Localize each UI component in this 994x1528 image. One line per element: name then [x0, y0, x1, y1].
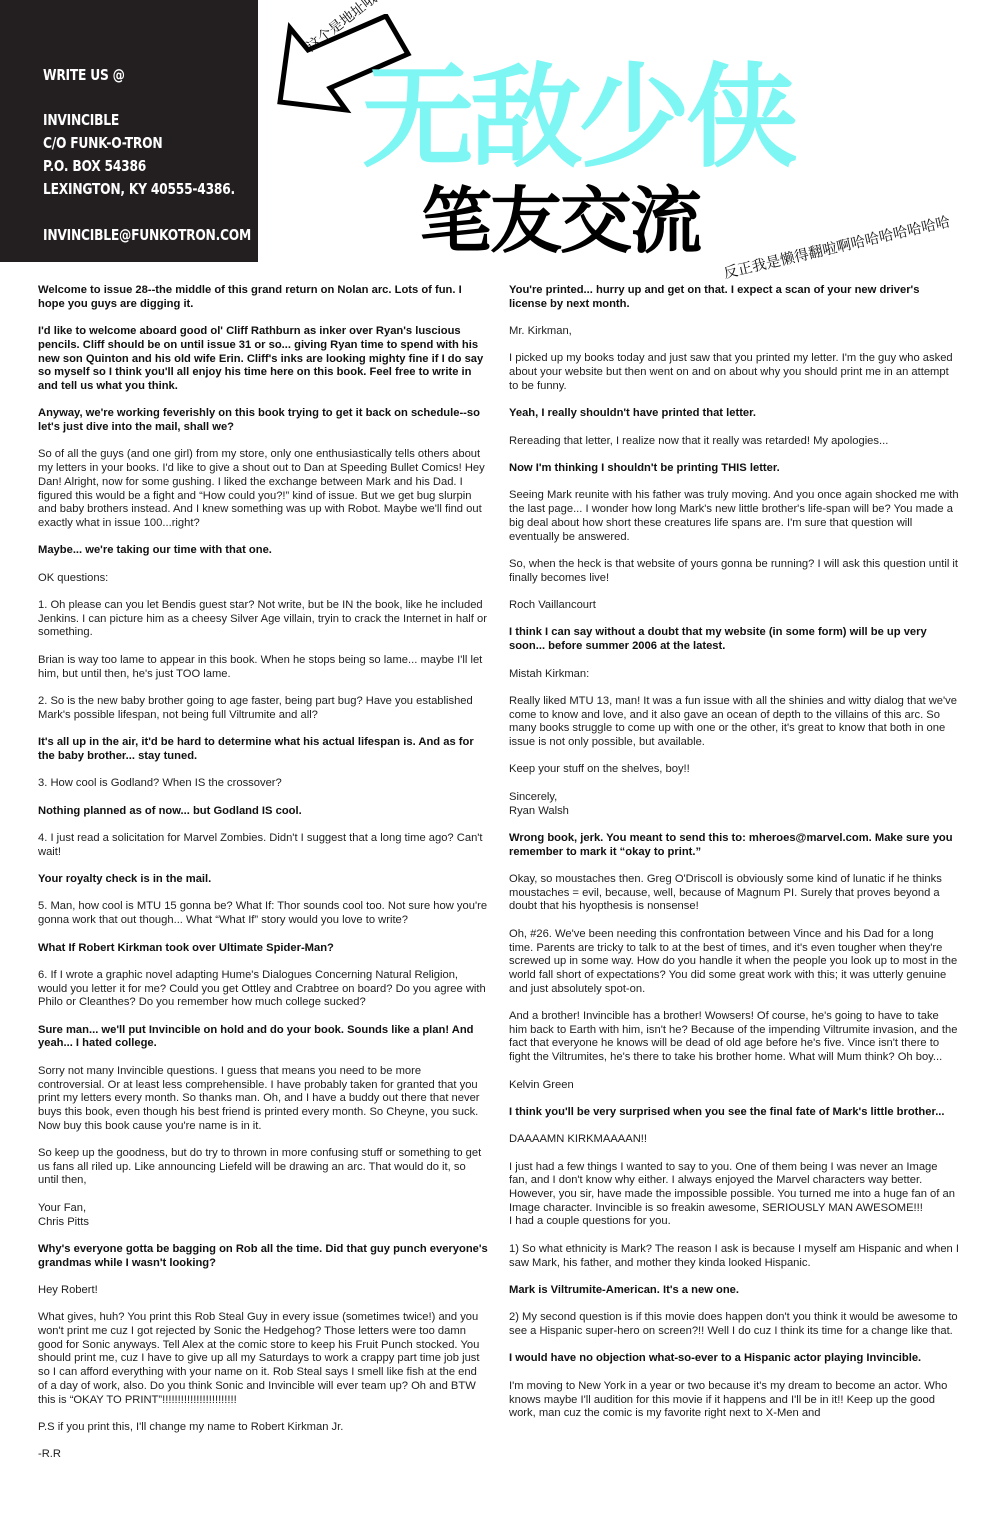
letter-paragraph: Kelvin Green: [509, 1079, 959, 1093]
letter-paragraph: 2) My second question is if this movie d…: [509, 1311, 959, 1338]
editor-reply: Maybe... we're taking our time with that…: [38, 544, 488, 558]
letter-paragraph: So keep up the goodness, but do try to t…: [38, 1147, 488, 1188]
letter-paragraph: I just had a few things I wanted to say …: [509, 1161, 959, 1216]
letter-paragraph: So of all the guys (and one girl) from m…: [38, 448, 488, 530]
letter-paragraph: Sorry not many Invincible questions. I g…: [38, 1065, 488, 1134]
letter-paragraph: I had a couple questions for you.: [509, 1215, 959, 1229]
editor-reply: It's all up in the air, it'd be hard to …: [38, 736, 488, 763]
letter-paragraph: P.S if you print this, I'll change my na…: [38, 1421, 488, 1435]
letter-paragraph: Brian is way too lame to appear in this …: [38, 654, 488, 681]
letter-paragraph: Chris Pitts: [38, 1216, 488, 1230]
letter-paragraph: 6. If I wrote a graphic novel adapting H…: [38, 969, 488, 1010]
contact-email: INVINCIBLE@FUNKOTRON.COM: [43, 226, 251, 244]
letter-paragraph: Hey Robert!: [38, 1284, 488, 1298]
letter-paragraph: Oh, #26. We've been needing this confron…: [509, 928, 959, 997]
editor-reply: Welcome to issue 28--the middle of this …: [38, 284, 488, 311]
letter-paragraph: DAAAAMN KIRKMAAAAN!!: [509, 1133, 959, 1147]
editor-reply: Mark is Viltrumite-American. It's a new …: [509, 1284, 959, 1298]
address-line-3: P.O. BOX 54386: [43, 157, 146, 175]
letter-paragraph: Mistah Kirkman:: [509, 668, 959, 682]
letter-paragraph: Mr. Kirkman,: [509, 325, 959, 339]
letter-paragraph: So, when the heck is that website of you…: [509, 558, 959, 585]
editor-reply: Yeah, I really shouldn't have printed th…: [509, 407, 959, 421]
editor-reply: Now I'm thinking I shouldn't be printing…: [509, 462, 959, 476]
letters-column-left: Welcome to issue 28--the middle of this …: [38, 284, 488, 1476]
letter-paragraph: What gives, huh? You print this Rob Stea…: [38, 1311, 488, 1407]
letter-paragraph: OK questions:: [38, 572, 488, 586]
address-line-4: LEXINGTON, KY 40555-4386.: [43, 180, 235, 198]
letter-paragraph: -R.R: [38, 1448, 488, 1462]
editor-reply: Nothing planned as of now... but Godland…: [38, 805, 488, 819]
address-line-2: C/O FUNK-O-TRON: [43, 134, 162, 152]
letter-paragraph: Roch Vaillancourt: [509, 599, 959, 613]
editor-reply: Why's everyone gotta be bagging on Rob a…: [38, 1243, 488, 1270]
page-subtitle: 笔友交流: [420, 178, 700, 264]
letter-paragraph: Seeing Mark reunite with his father was …: [509, 489, 959, 544]
editor-reply: You're printed... hurry up and get on th…: [509, 284, 959, 311]
editor-reply: I think you'll be very surprised when yo…: [509, 1106, 959, 1120]
letter-paragraph: 4. I just read a solicitation for Marvel…: [38, 832, 488, 859]
editor-reply: Your royalty check is in the mail.: [38, 873, 488, 887]
letter-paragraph: Rereading that letter, I realize now tha…: [509, 435, 959, 449]
letter-paragraph: Ryan Walsh: [509, 805, 959, 819]
editor-reply: What If Robert Kirkman took over Ultimat…: [38, 942, 488, 956]
letter-paragraph: I'm moving to New York in a year or two …: [509, 1380, 959, 1421]
letters-column-right: You're printed... hurry up and get on th…: [509, 284, 959, 1435]
letter-paragraph: Okay, so moustaches then. Greg O'Driscol…: [509, 873, 959, 914]
letter-paragraph: Really liked MTU 13, man! It was a fun i…: [509, 695, 959, 750]
letter-paragraph: Keep your stuff on the shelves, boy!!: [509, 763, 959, 777]
write-us-heading: WRITE US @: [43, 66, 125, 84]
letter-paragraph: 3. How cool is Godland? When IS the cros…: [38, 777, 488, 791]
editor-reply: I would have no objection what-so-ever t…: [509, 1352, 959, 1366]
letter-paragraph: 1. Oh please can you let Bendis guest st…: [38, 599, 488, 640]
letter-paragraph: 2. So is the new baby brother going to a…: [38, 695, 488, 722]
editor-reply: I'd like to welcome aboard good ol' Clif…: [38, 325, 488, 394]
page-title: 无敌少侠: [362, 58, 794, 178]
editor-reply: Wrong book, jerk. You meant to send this…: [509, 832, 959, 859]
address-box: WRITE US @ INVINCIBLE C/O FUNK-O-TRON P.…: [0, 0, 258, 262]
letter-paragraph: Your Fan,: [38, 1202, 488, 1216]
letter-paragraph: I picked up my books today and just saw …: [509, 352, 959, 393]
editor-reply: Anyway, we're working feverishly on this…: [38, 407, 488, 434]
letter-paragraph: Sincerely,: [509, 791, 959, 805]
address-line-1: INVINCIBLE: [43, 111, 119, 129]
letter-paragraph: 5. Man, how cool is MTU 15 gonna be? Wha…: [38, 900, 488, 927]
editor-reply: I think I can say without a doubt that m…: [509, 626, 959, 653]
letter-paragraph: 1) So what ethnicity is Mark? The reason…: [509, 1243, 959, 1270]
letter-paragraph: And a brother! Invincible has a brother!…: [509, 1010, 959, 1065]
title-aside-note: 反正我是懒得翻啦啊哈哈哈哈哈哈哈: [721, 210, 952, 283]
editor-reply: Sure man... we'll put Invincible on hold…: [38, 1024, 488, 1051]
